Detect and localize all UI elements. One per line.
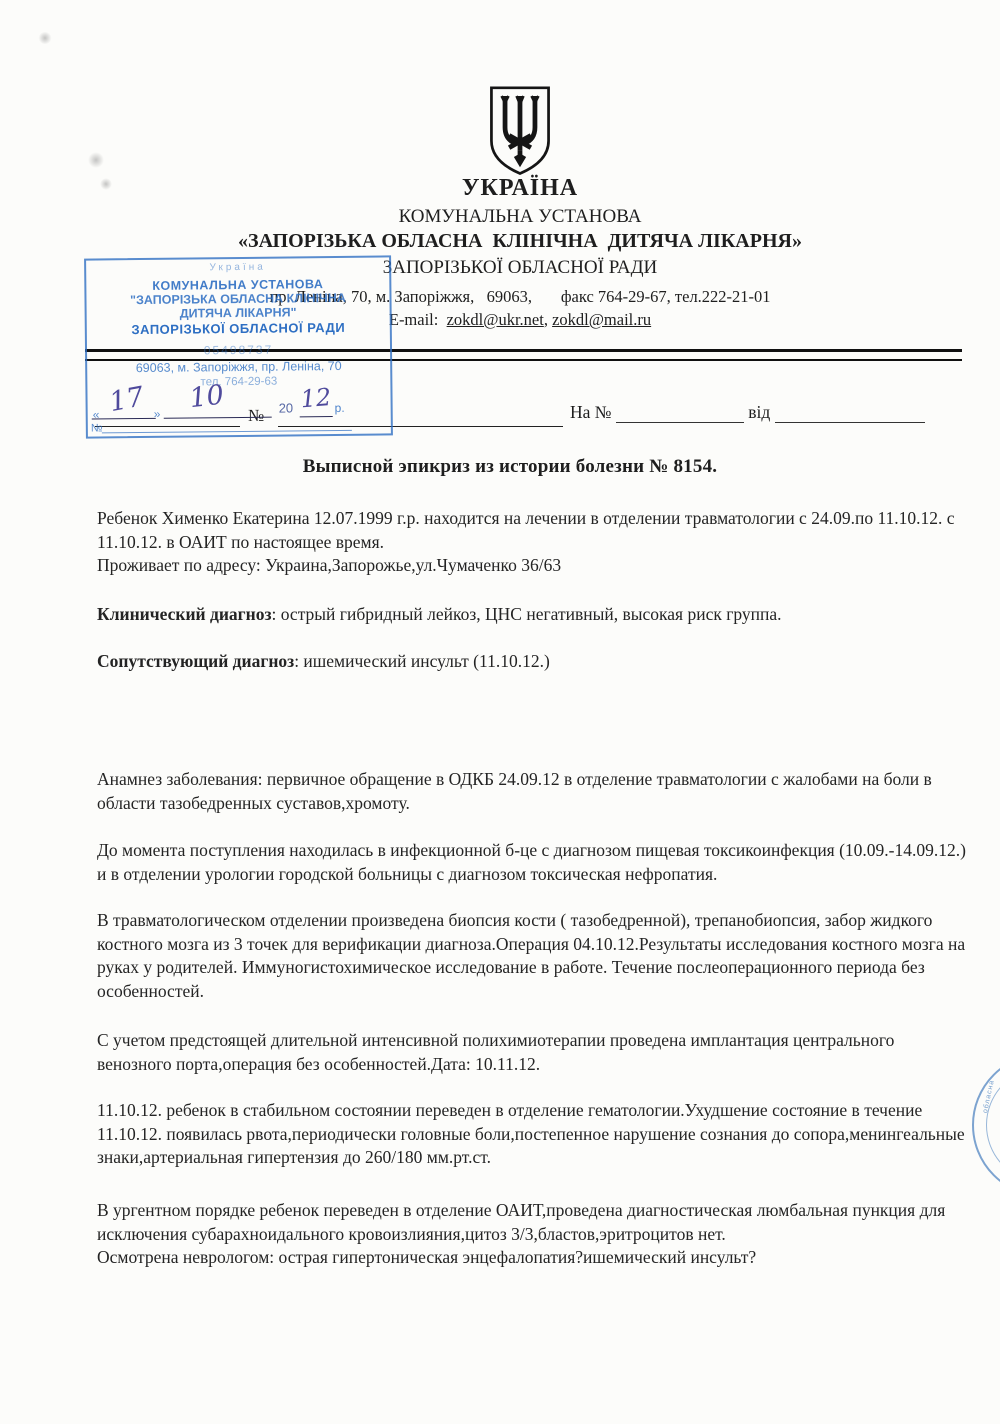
na-no-label: На №	[570, 402, 611, 422]
clinical-diagnosis-paragraph: Клинический диагноз: острый гибридный ле…	[97, 603, 969, 627]
patient-address-line: Проживает по адресу: Украина,Запорожье,у…	[97, 554, 969, 578]
secondary-diagnosis-paragraph: Сопутствующий диагноз: ишемический инсул…	[97, 650, 969, 674]
stamp-org-owner: ЗАПОРІЗЬКОЇ ОБЛАСНОЇ РАДИ	[87, 319, 390, 337]
rectangular-org-stamp: Україна КОМУНАЛЬНА УСТАНОВА "ЗАПОРІЗЬКА …	[84, 255, 393, 438]
secondary-diagnosis-label: Сопутствующий диагноз	[97, 651, 294, 671]
anamnesis-paragraph: Анамнез заболевания: первичное обращение…	[97, 768, 969, 815]
stamp-address: 69063, м. Запоріжжя, пр. Леніна, 70	[87, 358, 390, 375]
clinical-diagnosis-text: : острый гибридный лейкоз, ЦНС негативны…	[272, 604, 782, 624]
round-seal-fragment: обласна	[972, 1053, 1000, 1197]
urgent-transfer-paragraph: В ургентном порядке ребенок переведен в …	[97, 1199, 969, 1270]
date-blank-line	[300, 416, 333, 417]
stamp-blank-line	[102, 430, 352, 434]
email-label: E-mail:	[389, 310, 438, 329]
email-address-1: zokdl@ukr.net	[447, 310, 544, 329]
date-blank-line	[164, 417, 272, 419]
scan-smudge	[88, 152, 104, 168]
scan-smudge	[38, 32, 52, 44]
handwritten-month: 10	[188, 379, 226, 414]
port-implantation-paragraph: С учетом предстоящей длительной интенсив…	[97, 1029, 969, 1076]
handwritten-year: 12	[299, 383, 332, 413]
na-no-blank-line	[616, 406, 744, 423]
clinical-diagnosis-label: Клинический диагноз	[97, 604, 272, 624]
trauma-department-paragraph: В травматологическом отделении произведе…	[97, 909, 969, 1003]
stamp-edrpou-code: 05498737	[87, 341, 390, 358]
handwritten-day: 17	[107, 381, 146, 418]
email-address-2: zokdl@mail.ru	[552, 310, 651, 329]
patient-info-paragraph: Ребенок Хименко Екатерина 12.07.1999 г.р…	[97, 507, 969, 578]
email-separator: ,	[544, 310, 552, 329]
vid-label: від	[748, 402, 770, 422]
country-name: УКРАЇНА	[80, 175, 960, 202]
ukraine-trident-emblem-icon	[486, 85, 554, 182]
patient-info-line: Ребенок Хименко Екатерина 12.07.1999 г.р…	[97, 507, 969, 554]
scanned-document-page: УКРАЇНА КОМУНАЛЬНА УСТАНОВА «ЗАПОРІЗЬКА …	[0, 0, 1000, 1424]
printed-year-suffix: р.	[335, 401, 345, 415]
reference-number-line: На № від	[570, 402, 925, 423]
urgent-transfer-line: В ургентном порядке ребенок переведен в …	[97, 1199, 969, 1246]
printed-year-prefix: 20	[279, 400, 294, 415]
date-blank-line	[92, 418, 156, 420]
document-title: Выписной эпикриз из истории болезни № 81…	[0, 456, 1000, 478]
neurologist-line: Осмотрена неврологом: острая гипертониче…	[97, 1246, 969, 1270]
pre-admission-paragraph: До момента поступления находилась в инфе…	[97, 839, 969, 886]
org-type: КОМУНАЛЬНА УСТАНОВА	[80, 206, 960, 228]
stamp-country: Україна	[86, 260, 389, 274]
vid-blank-line	[775, 406, 925, 423]
transfer-hematology-paragraph: 11.10.12. ребенок в стабильном состоянии…	[97, 1099, 982, 1170]
secondary-diagnosis-text: : ишемический инсульт (11.10.12.)	[294, 651, 550, 671]
org-name: «ЗАПОРІЗЬКА ОБЛАСНА КЛІНІЧНА ДИТЯЧА ЛІКА…	[80, 230, 960, 253]
